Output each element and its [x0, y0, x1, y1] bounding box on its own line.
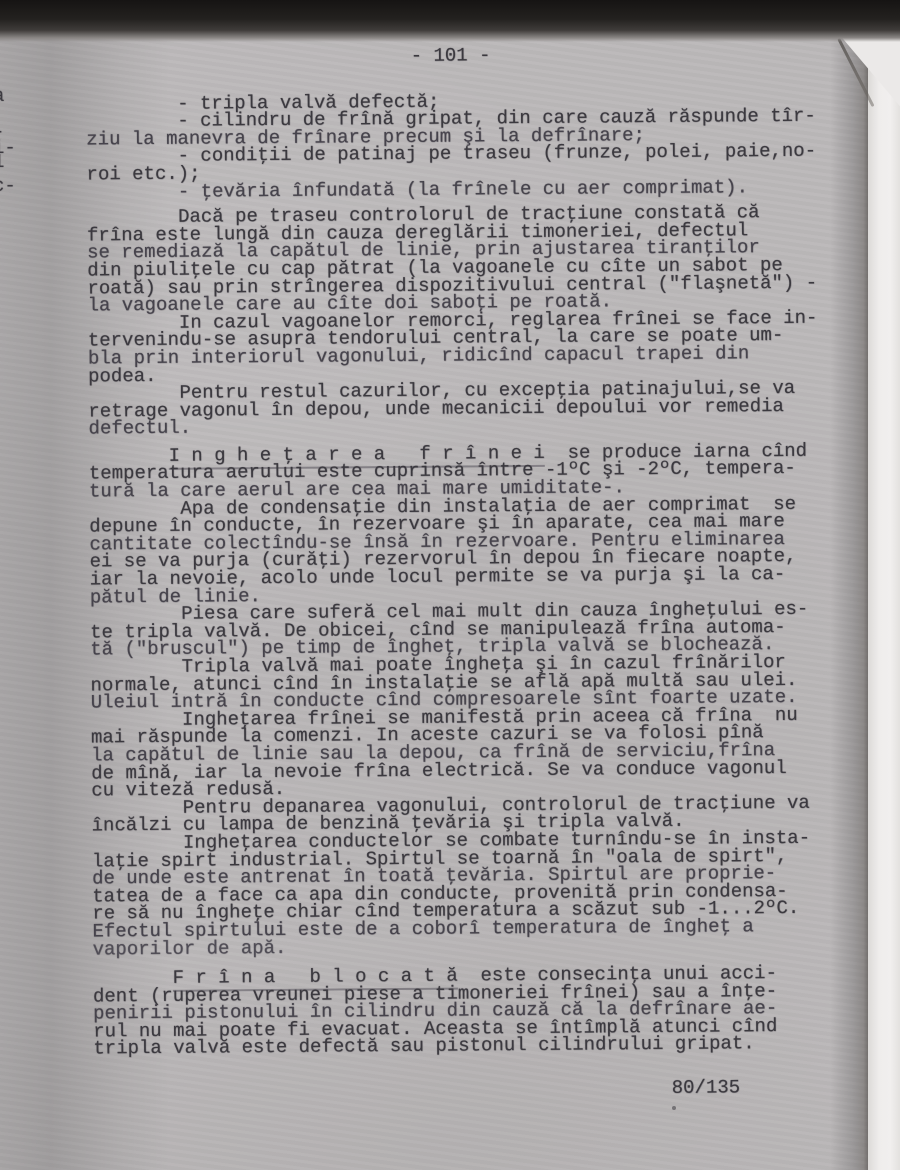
paragraph: Ingheţarea frînei se manifestă prin acee…: [91, 706, 836, 800]
scan-top-edge: [0, 0, 900, 42]
paragraph: - tripla valvă defectă; - cilindru de fr…: [86, 90, 831, 201]
page-number: - 101 -: [86, 45, 816, 68]
paragraph: Tripla valvă mai poate îngheţa şi în caz…: [90, 654, 834, 713]
ink-speck: [672, 1106, 676, 1110]
paragraph: Dacă pe traseu controlorul de tracţiune …: [87, 204, 832, 315]
paper-sheet: - 101 - - tripla valvă defectă; - cilind…: [0, 0, 868, 1170]
page-edge-text-fragment: a: [0, 88, 4, 106]
paragraph: In cazul vagoanelor remorci, reglarea fr…: [88, 309, 833, 385]
text-line: tripla valvă este defectă sau pistonul c…: [93, 1035, 837, 1058]
typewritten-content: - 101 - - tripla valvă defectă; - cilind…: [86, 45, 838, 1102]
text-line: - ţevăria înfundată (la frînele cu aer c…: [87, 178, 831, 201]
paragraph: I n g h e ţ a r e a f r î n e i se produ…: [89, 442, 833, 501]
paragraph: Ingheţarea conductelor se combate turnîn…: [92, 830, 837, 959]
pagination-mark: 80/135: [672, 1079, 838, 1098]
text-column: - tripla valvă defectă; - cilindru de fr…: [86, 90, 838, 1058]
page-edge-shadow: [830, 0, 868, 1170]
paragraph: Pentru restul cazurilor, cu excepţia pat…: [88, 380, 832, 439]
page-edge-text-fragment: c-: [0, 178, 16, 196]
scanner-background: [868, 0, 900, 1170]
page-edge-text-fragment: 1: [0, 154, 4, 172]
scanned-book-page: - 101 - - tripla valvă defectă; - cilind…: [0, 0, 900, 1170]
paragraph: Apa de condensaţie din instalaţia de aer…: [89, 495, 834, 606]
paragraph: F r î n a b l o c a t ă este consecinţa …: [93, 965, 838, 1059]
